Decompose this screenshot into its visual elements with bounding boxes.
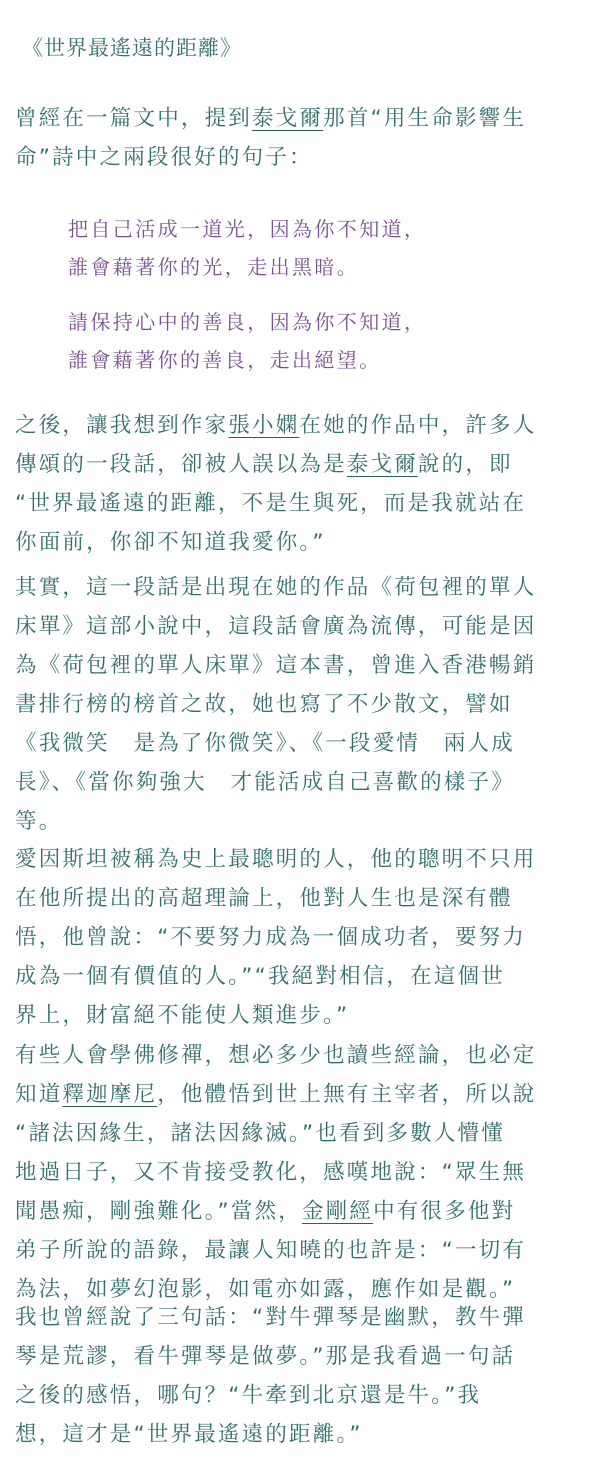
text-line: 你面前，你卻不知道我愛你。”: [15, 523, 590, 562]
text-line: 《我微笑 是為了你微笑》、《一段愛情 兩人成: [15, 724, 590, 763]
text-line: 曾經在一篇文中，提到泰戈爾那首“用生命影響生: [15, 99, 590, 138]
link-shakyamuni[interactable]: 釋迦摩尼: [62, 1082, 157, 1107]
paragraph-actually: 其實，這一段話是出現在她的作品《荷包裡的單人 床單》這部小說中，這段話會廣為流傳…: [15, 568, 590, 841]
text-line: 在他所提出的高超理論上，他對人生也是深有體: [15, 879, 590, 918]
text-line: 知道釋迦摩尼，他體悟到世上無有主宰者，所以說: [15, 1075, 590, 1114]
text-line: 之後的感悟，哪句？“牛牽到北京還是牛。”我: [15, 1376, 590, 1415]
paragraph-buddha: 有些人會學佛修禪，想必多少也讀些經論，也必定 知道釋迦摩尼，他體悟到世上無有主宰…: [15, 1036, 590, 1309]
text-line: 琴是荒謬，看牛彈琴是做夢。”那是我看過一句話: [15, 1337, 590, 1376]
text-line: 長》、《當你夠強大 才能活成自己喜歡的樣子》: [15, 763, 590, 802]
text-line: 等。: [15, 802, 590, 841]
text-line: 為《荷包裡的單人床單》這本書，曾進入香港暢銷: [15, 646, 590, 685]
link-zhang-xiaoxian[interactable]: 張小嫻: [228, 413, 299, 438]
paragraph-ending: 我也曾經說了三句話：“對牛彈琴是幽默，教牛彈 琴是荒謬，看牛彈琴是做夢。”那是我…: [15, 1298, 590, 1454]
text-line: 地過日子，又不肯接受教化，感嘆地說：“眾生無: [15, 1153, 590, 1192]
text-line: 有些人會學佛修禪，想必多少也讀些經論，也必定: [15, 1036, 590, 1075]
text-line: 悟，他曾說：“不要努力成為一個成功者，要努力: [15, 918, 590, 957]
text-line: 我也曾經說了三句話：“對牛彈琴是幽默，教牛彈: [15, 1298, 590, 1337]
link-diamond-sutra[interactable]: 金剛經: [302, 1199, 373, 1224]
text-line: “諸法因緣生，諸法因緣滅。”也看到多數人懵懂: [15, 1114, 590, 1153]
text-line: 命”詩中之兩段很好的句子：: [15, 138, 590, 177]
poem-line: 誰會藉著你的光，走出黑暗。: [68, 248, 426, 286]
text-line: 其實，這一段話是出現在她的作品《荷包裡的單人: [15, 568, 590, 607]
link-tagore-2[interactable]: 泰戈爾: [347, 452, 418, 477]
text-line: 弟子所說的語錄，最讓人知曉的也許是：“一切有: [15, 1231, 590, 1270]
link-tagore[interactable]: 泰戈爾: [252, 106, 323, 131]
paragraph-intro: 曾經在一篇文中，提到泰戈爾那首“用生命影響生 命”詩中之兩段很好的句子：: [15, 99, 590, 177]
text-line: 傳頌的一段話，卻被人誤以為是泰戈爾說的，即: [15, 445, 590, 484]
text-line: 愛因斯坦被稱為史上最聰明的人，他的聰明不只用: [15, 840, 590, 879]
paragraph-after: 之後，讓我想到作家張小嫻在她的作品中，許多人 傳頌的一段話，卻被人誤以為是泰戈爾…: [15, 406, 590, 562]
text-line: 床單》這部小說中，這段話會廣為流傳，可能是因: [15, 607, 590, 646]
text-line: 聞愚痴，剛強難化。”當然，金剛經中有很多他對: [15, 1192, 590, 1231]
article-title: 《世界最遙遠的距離》: [22, 33, 242, 63]
poem-stanza-2: 請保持心中的善良，因為你不知道， 誰會藉著你的善良，走出絕望。: [68, 303, 426, 379]
poem-line: 請保持心中的善良，因為你不知道，: [68, 303, 426, 341]
text-line: 書排行榜的榜首之故，她也寫了不少散文，譬如: [15, 685, 590, 724]
text-line: “世界最遙遠的距離，不是生與死，而是我就站在: [15, 484, 590, 523]
poem-line: 把自己活成一道光，因為你不知道，: [68, 210, 426, 248]
text-line: 想，這才是“世界最遙遠的距離。”: [15, 1415, 590, 1454]
paragraph-einstein: 愛因斯坦被稱為史上最聰明的人，他的聰明不只用 在他所提出的高超理論上，他對人生也…: [15, 840, 590, 1035]
poem-stanza-1: 把自己活成一道光，因為你不知道， 誰會藉著你的光，走出黑暗。: [68, 210, 426, 286]
text-line: 界上，財富絕不能使人類進步。”: [15, 996, 590, 1035]
poem-line: 誰會藉著你的善良，走出絕望。: [68, 341, 426, 379]
text-line: 成為一個有價值的人。”“我絕對相信，在這個世: [15, 957, 590, 996]
text-line: 之後，讓我想到作家張小嫻在她的作品中，許多人: [15, 406, 590, 445]
